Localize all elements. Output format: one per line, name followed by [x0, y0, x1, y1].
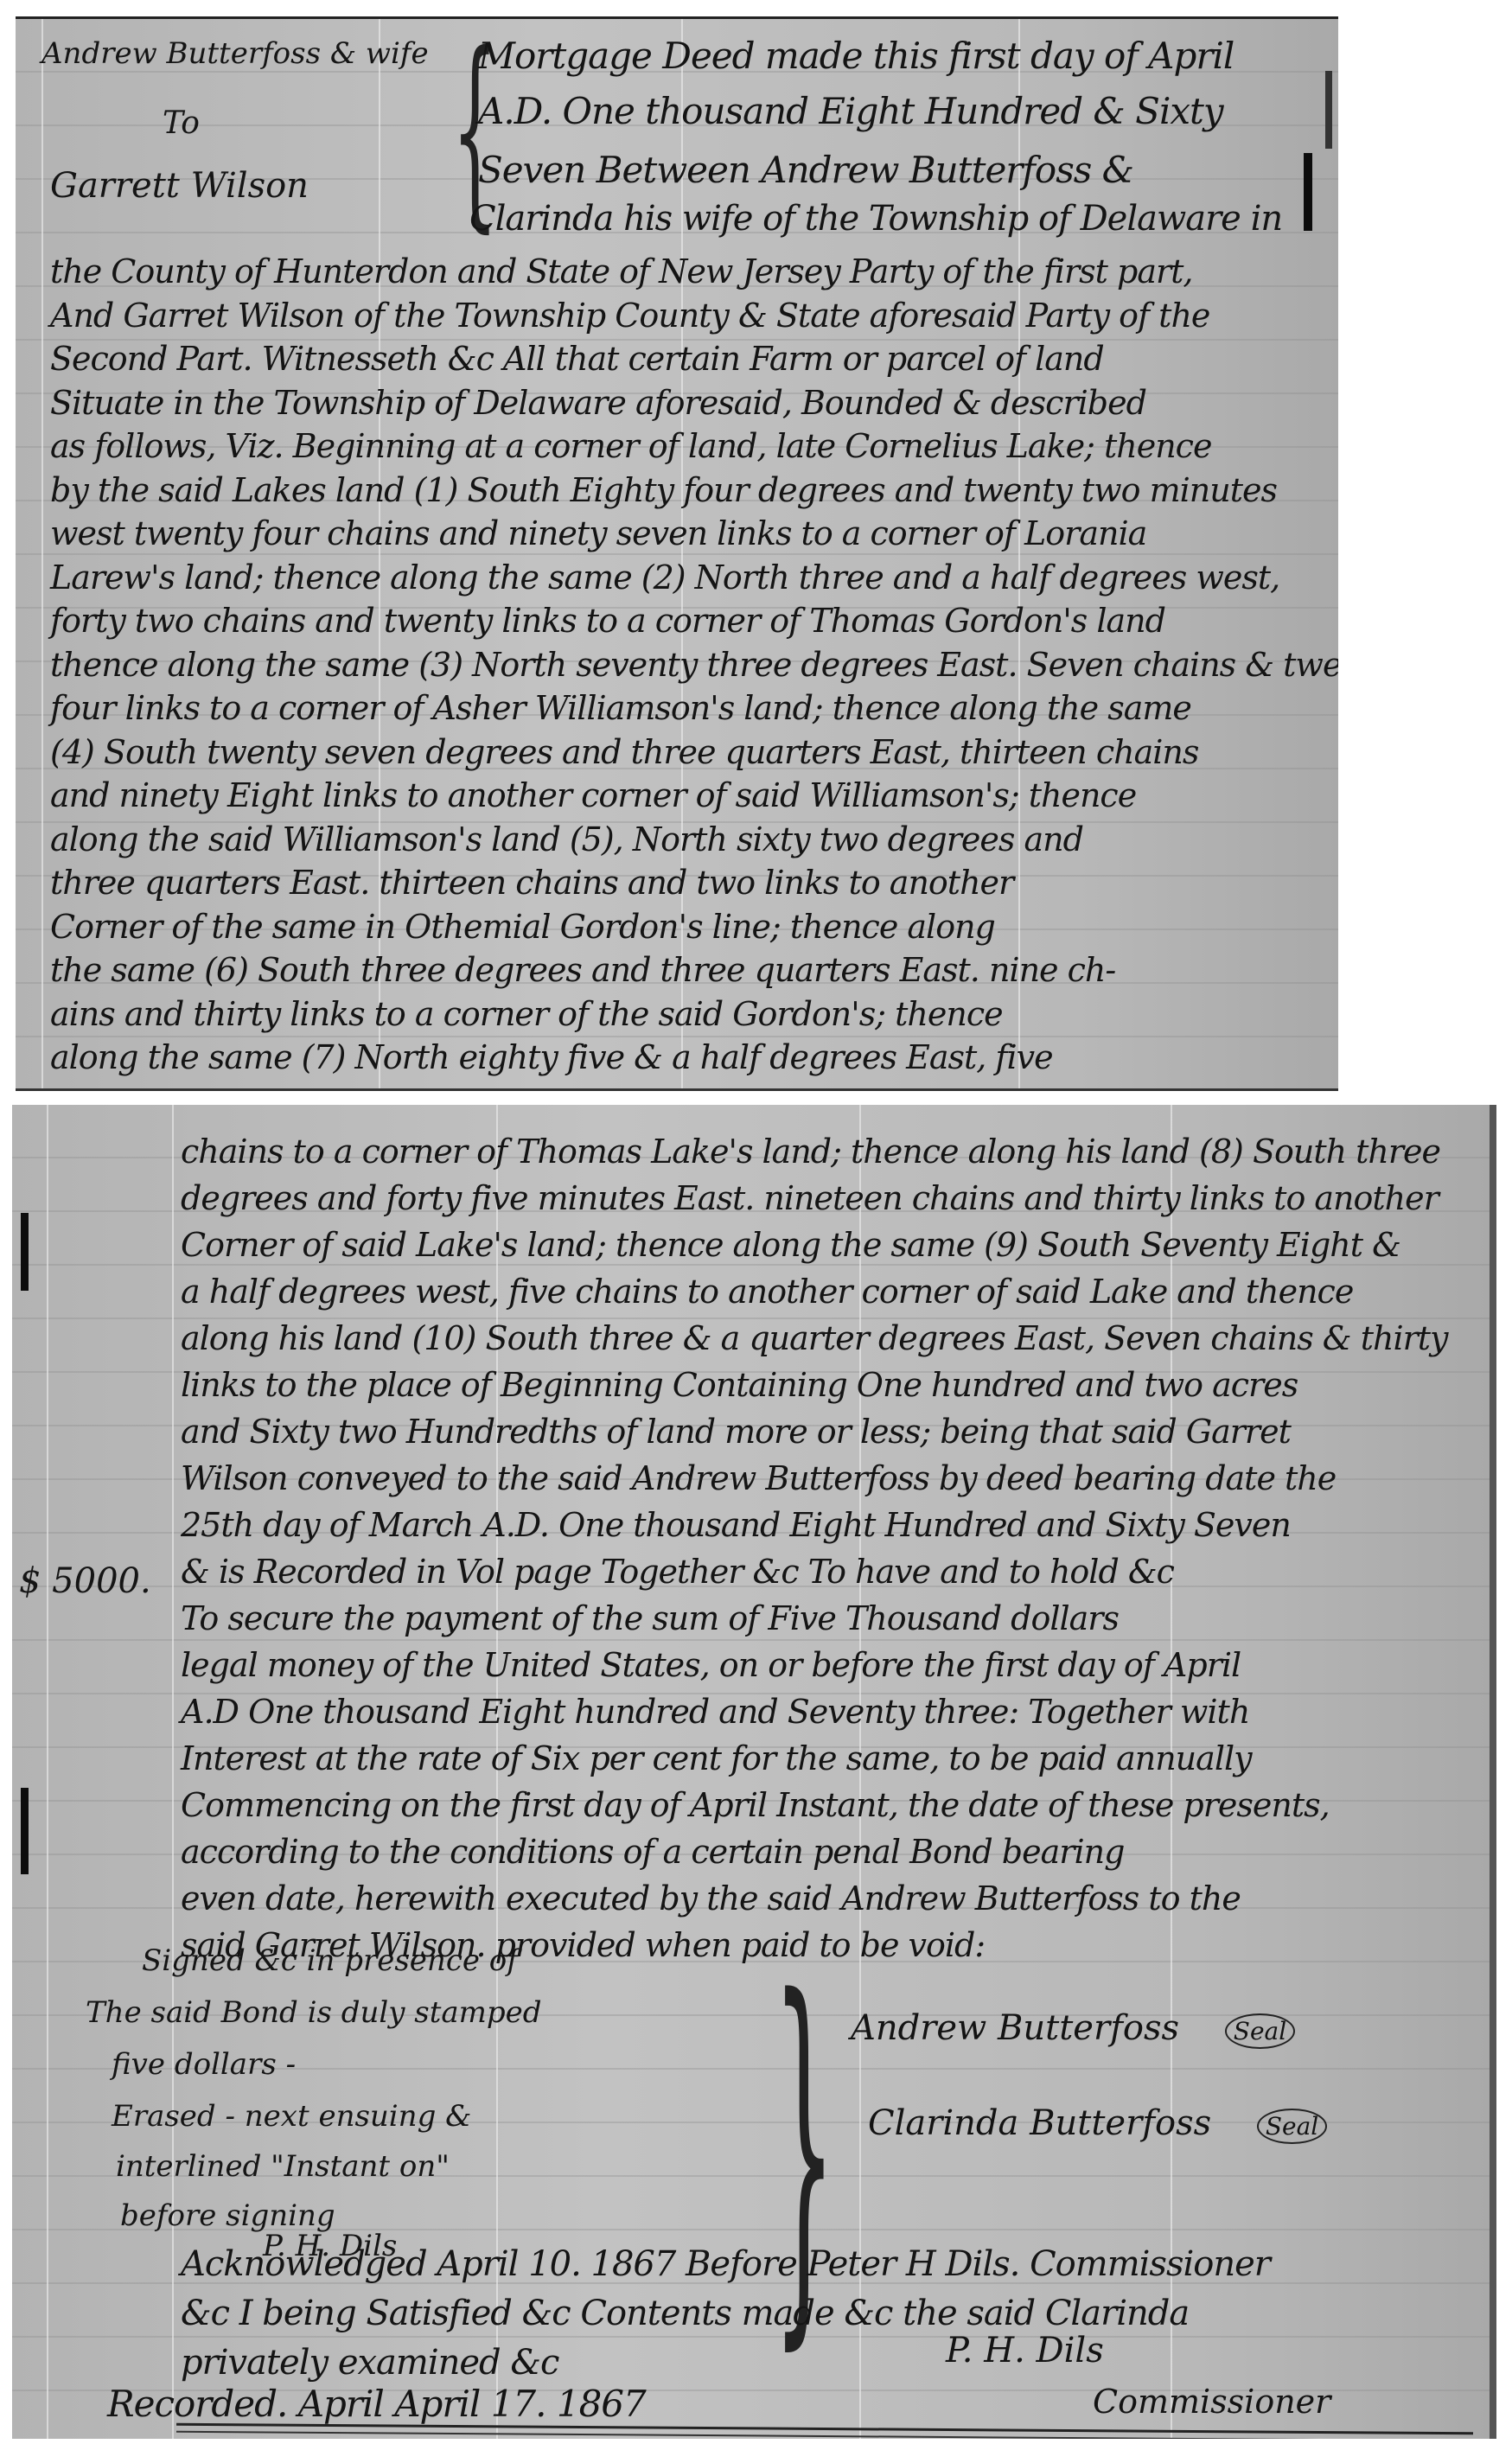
deed-line: by the said Lakes land (1) South Eighty …	[50, 471, 1277, 509]
ledger-rule	[47, 1105, 48, 2439]
deed-line: the County of Hunterdon and State of New…	[50, 252, 1193, 290]
deed-line: Second Part. Witnesseth &c All that cert…	[50, 340, 1104, 378]
deed-line: according to the conditions of a certain…	[181, 1833, 1124, 1871]
deed-line: Corner of said Lake's land; thence along…	[181, 1226, 1400, 1264]
margin-grantee: Garrett Wilson	[50, 166, 309, 206]
seal-icon: Seal	[1257, 2109, 1327, 2144]
witness-line: before signing	[120, 2198, 335, 2233]
margin-bar	[21, 1213, 29, 1291]
margin-bar	[21, 1788, 29, 1874]
header-line: A.D. One thousand Eight Hundred & Sixty	[478, 90, 1223, 132]
margin-amount: $ 5000.	[19, 1561, 151, 1601]
deed-line: Corner of the same in Othemial Gordon's …	[50, 908, 995, 946]
signature-name: Clarinda Butterfoss	[868, 2103, 1211, 2143]
header-line: Seven Between Andrew Butterfoss &	[478, 149, 1133, 191]
closing-rule	[176, 2423, 1473, 2439]
ledger-rule	[172, 1105, 174, 2439]
signature-name: Andrew Butterfoss	[851, 2008, 1179, 2048]
recorded-line: Recorded. April April 17. 1867	[107, 2383, 646, 2425]
deed-line: A.D One thousand Eight hundred and Seven…	[181, 1693, 1249, 1731]
deed-line: Situate in the Township of Delaware afor…	[50, 384, 1146, 422]
acknowledgment-line: Acknowledged April 10. 1867 Before Peter…	[181, 2244, 1270, 2284]
margin-to: To	[163, 105, 200, 141]
acknowledgment-line: privately examined &c	[181, 2343, 558, 2383]
deed-line: Larew's land; thence along the same (2) …	[50, 558, 1279, 597]
margin-mark	[1325, 71, 1332, 149]
witness-line: Signed &c in presence of	[142, 1943, 518, 1978]
deed-line: and Sixty two Hundredths of land more or…	[181, 1413, 1291, 1451]
margin-bar	[1304, 153, 1312, 231]
deed-line: and ninety Eight links to another corner…	[50, 776, 1136, 814]
witness-line: The said Bond is duly stamped	[86, 1995, 542, 2030]
ledger-rule	[41, 19, 43, 1088]
acknowledgment-line: &c I being Satisfied &c Contents made &c…	[181, 2294, 1189, 2333]
header-line: Mortgage Deed made this first day of Apr…	[478, 35, 1234, 77]
deed-line: & is Recorded in Vol page Together &c To…	[181, 1553, 1174, 1591]
ledger-page-1: Andrew Butterfoss & wife To Garrett Wils…	[16, 16, 1338, 1091]
commissioner-title: Commissioner	[1093, 2383, 1330, 2421]
commissioner-signature: P. H. Dils	[946, 2331, 1104, 2370]
deed-line: chains to a corner of Thomas Lake's land…	[181, 1133, 1440, 1171]
deed-line: as follows, Viz. Beginning at a corner o…	[50, 427, 1211, 465]
deed-line: four links to a corner of Asher Williams…	[50, 689, 1191, 727]
brace-icon: }	[773, 1952, 836, 2350]
deed-line: along his land (10) South three & a quar…	[181, 1319, 1448, 1357]
signature-andrew: Andrew Butterfoss Seal	[851, 2008, 1295, 2049]
deed-line: even date, herewith executed by the said…	[181, 1879, 1241, 1917]
witness-line: Erased - next ensuing &	[112, 2099, 471, 2134]
seal-icon: Seal	[1225, 2013, 1295, 2049]
deed-line: ains and thirty links to a corner of the…	[50, 995, 1003, 1033]
deed-line: And Garret Wilson of the Township County…	[50, 297, 1209, 335]
header-line: Clarinda his wife of the Township of Del…	[469, 199, 1282, 239]
witness-line: five dollars -	[112, 2047, 296, 2082]
deed-line: along the said Williamson's land (5), No…	[50, 820, 1083, 858]
deed-line: a half degrees west, five chains to anot…	[181, 1273, 1353, 1311]
margin-grantor: Andrew Butterfoss & wife	[41, 36, 429, 71]
deed-line: Wilson conveyed to the said Andrew Butte…	[181, 1459, 1336, 1497]
deed-line: forty two chains and twenty links to a c…	[50, 602, 1165, 640]
deed-line: west twenty four chains and ninety seven…	[50, 514, 1146, 552]
deed-line: along the same (7) North eighty five & a…	[50, 1038, 1053, 1076]
deed-line: To secure the payment of the sum of Five…	[181, 1599, 1119, 1637]
deed-line: three quarters East. thirteen chains and…	[50, 864, 1013, 902]
deed-line: the same (6) South three degrees and thr…	[50, 951, 1115, 989]
deed-line: 25th day of March A.D. One thousand Eigh…	[181, 1506, 1291, 1544]
deed-line: links to the place of Beginning Containi…	[181, 1366, 1298, 1404]
deed-line: legal money of the United States, on or …	[181, 1646, 1241, 1684]
deed-line: Interest at the rate of Six per cent for…	[181, 1739, 1252, 1777]
deed-line: thence along the same (3) North seventy …	[50, 646, 1338, 684]
deed-line: Commencing on the first day of April Ins…	[181, 1786, 1330, 1824]
deed-line: degrees and forty five minutes East. nin…	[181, 1179, 1439, 1217]
deed-line: (4) South twenty seven degrees and three…	[50, 733, 1198, 771]
signature-clarinda: Clarinda Butterfoss Seal	[868, 2103, 1327, 2144]
witness-line: interlined "Instant on"	[116, 2149, 450, 2184]
ledger-page-2: $ 5000. chains to a corner of Thomas Lak…	[12, 1105, 1496, 2439]
